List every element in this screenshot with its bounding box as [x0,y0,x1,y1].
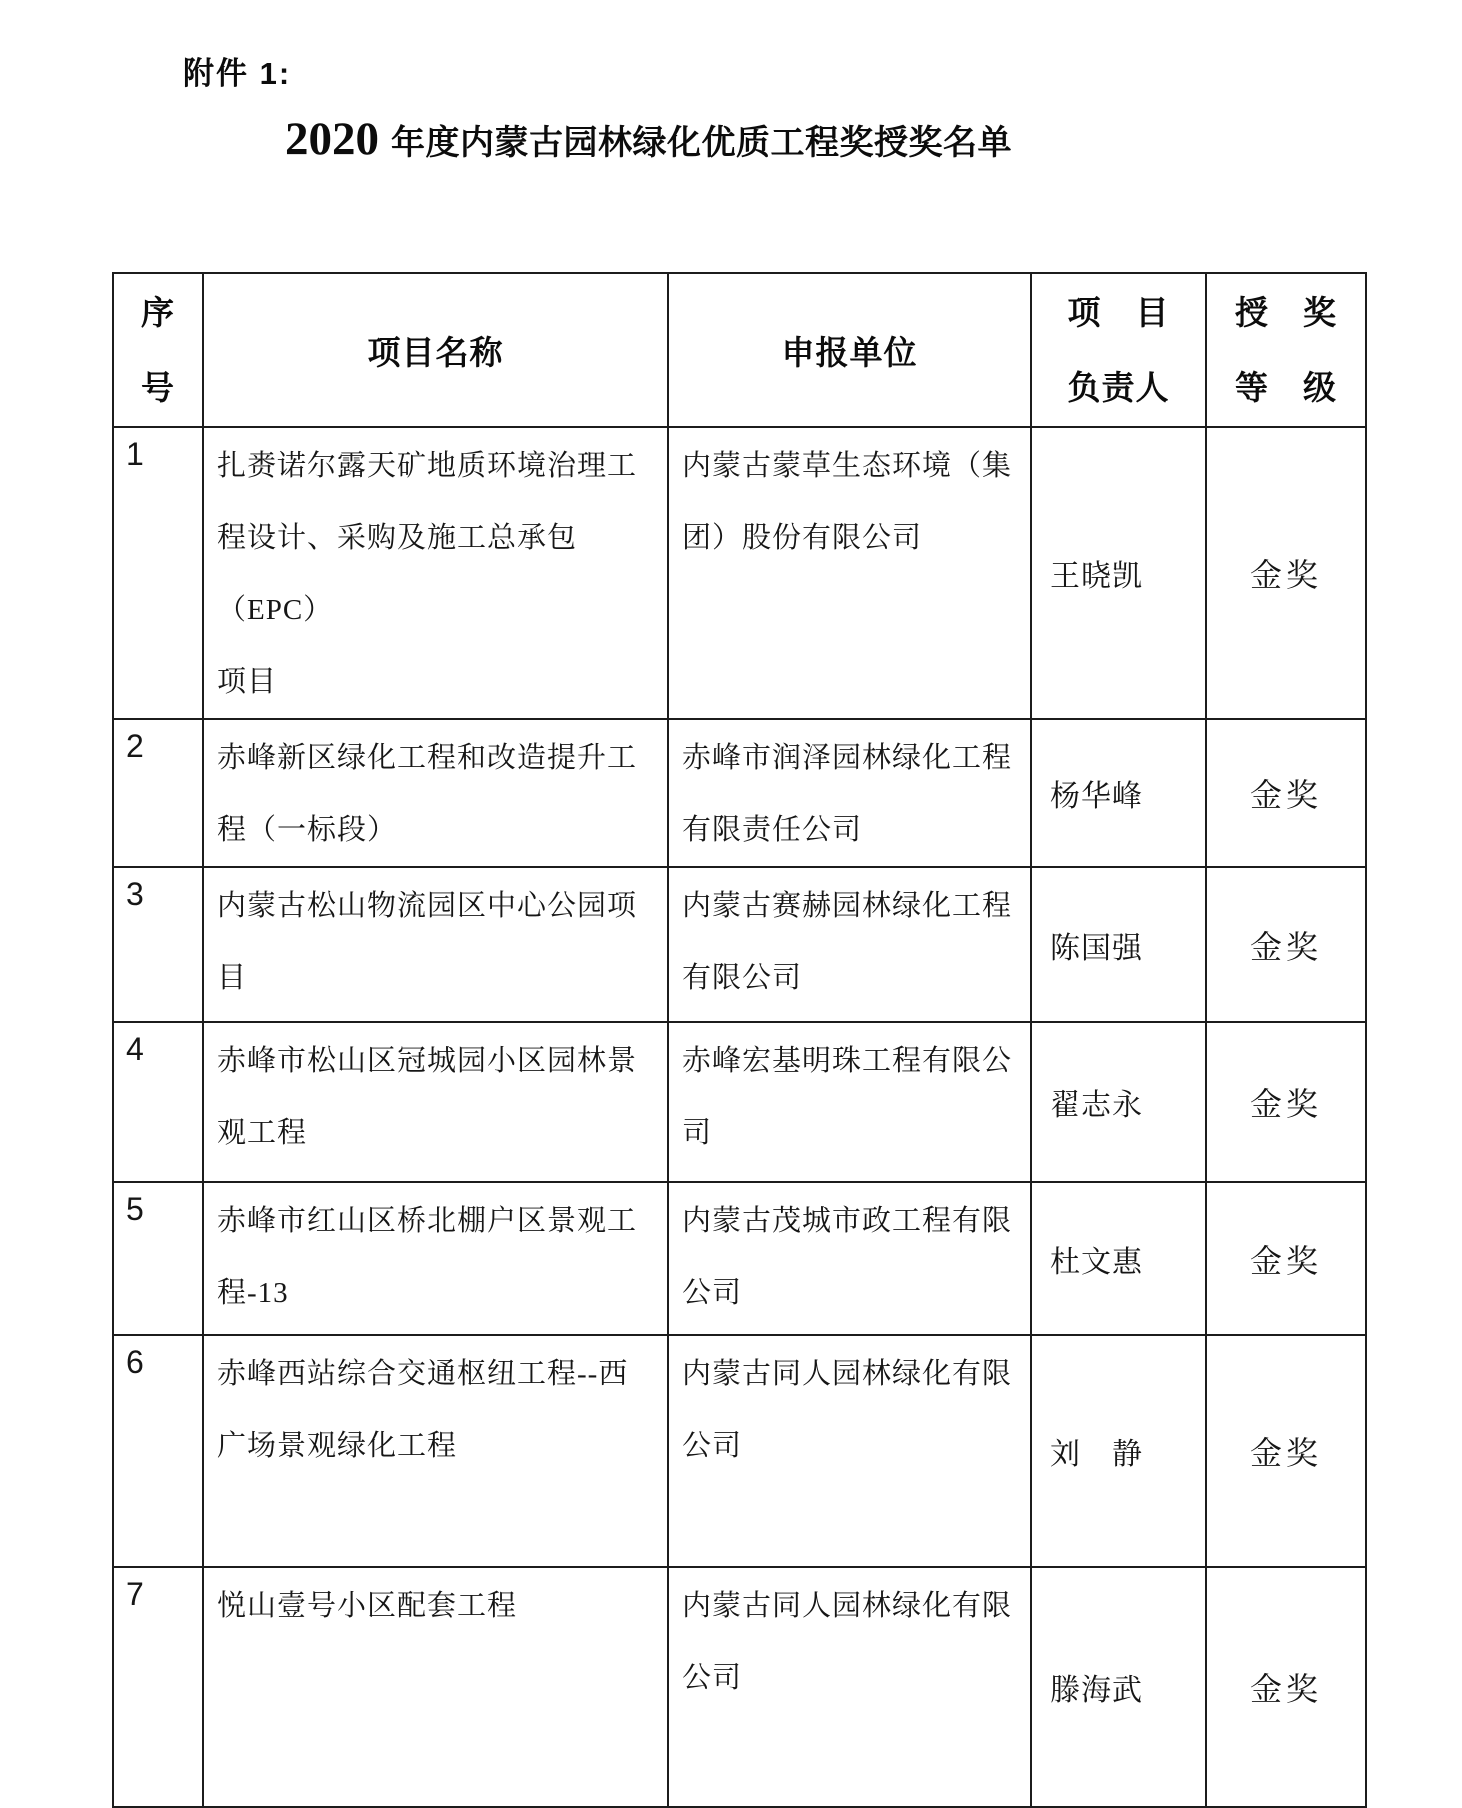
header-applicant-unit: 申报单位 [668,273,1031,427]
award-table: 序 号 项目名称 申报单位 项 目 负责人 授 奖 等 级 1 扎赉诺尔露天矿地… [112,272,1367,1808]
project-name: 赤峰市松山区冠城园小区园林景 观工程 [203,1022,668,1182]
attachment-label: 附件 1: [183,48,291,93]
row-index: 6 [113,1335,203,1567]
applicant-unit: 内蒙古赛赫园林绿化工程 有限公司 [668,867,1031,1022]
table-row: 1 扎赉诺尔露天矿地质环境治理工 程设计、采购及施工总承包（EPC） 项目 内蒙… [113,427,1366,719]
applicant-unit: 赤峰宏基明珠工程有限公 司 [668,1022,1031,1182]
award-level: 金奖 [1206,1022,1366,1182]
row-index: 1 [113,427,203,719]
header-index: 序 号 [113,273,203,427]
award-level: 金奖 [1206,1335,1366,1567]
table-row: 3 内蒙古松山物流园区中心公园项 目 内蒙古赛赫园林绿化工程 有限公司 陈国强 … [113,867,1366,1022]
header-project-leader: 项 目 负责人 [1031,273,1206,427]
project-leader: 刘 静 [1031,1335,1206,1567]
project-leader: 翟志永 [1031,1022,1206,1182]
table-row: 2 赤峰新区绿化工程和改造提升工 程（一标段） 赤峰市润泽园林绿化工程 有限责任… [113,719,1366,867]
row-index: 3 [113,867,203,1022]
applicant-unit: 内蒙古同人园林绿化有限 公司 [668,1567,1031,1807]
project-name: 赤峰市红山区桥北棚户区景观工 程-13 [203,1182,668,1335]
applicant-unit: 赤峰市润泽园林绿化工程 有限责任公司 [668,719,1031,867]
title-year: 2020 [285,112,379,166]
row-index: 7 [113,1567,203,1807]
table-header-row: 序 号 项目名称 申报单位 项 目 负责人 授 奖 等 级 [113,273,1366,427]
row-index: 4 [113,1022,203,1182]
title-text: 年度内蒙古园林绿化优质工程奖授奖名单 [391,115,1012,164]
document-page: { "page": { "attachment_label": "附件 1:",… [0,0,1462,1796]
project-leader: 杨华峰 [1031,719,1206,867]
applicant-unit: 内蒙古蒙草生态环境（集 团）股份有限公司 [668,427,1031,719]
page-title: 2020 年度内蒙古园林绿化优质工程奖授奖名单 [285,112,1012,166]
award-level: 金奖 [1206,427,1366,719]
table-row: 4 赤峰市松山区冠城园小区园林景 观工程 赤峰宏基明珠工程有限公 司 翟志永 金… [113,1022,1366,1182]
header-award-level: 授 奖 等 级 [1206,273,1366,427]
applicant-unit: 内蒙古茂城市政工程有限 公司 [668,1182,1031,1335]
award-level: 金奖 [1206,719,1366,867]
project-name: 赤峰新区绿化工程和改造提升工 程（一标段） [203,719,668,867]
project-name: 扎赉诺尔露天矿地质环境治理工 程设计、采购及施工总承包（EPC） 项目 [203,427,668,719]
project-name: 内蒙古松山物流园区中心公园项 目 [203,867,668,1022]
row-index: 5 [113,1182,203,1335]
project-leader: 滕海武 [1031,1567,1206,1807]
project-leader: 杜文惠 [1031,1182,1206,1335]
applicant-unit: 内蒙古同人园林绿化有限 公司 [668,1335,1031,1567]
project-leader: 陈国强 [1031,867,1206,1022]
row-index: 2 [113,719,203,867]
table-row: 7 悦山壹号小区配套工程 内蒙古同人园林绿化有限 公司 滕海武 金奖 [113,1567,1366,1807]
table-row: 5 赤峰市红山区桥北棚户区景观工 程-13 内蒙古茂城市政工程有限 公司 杜文惠… [113,1182,1366,1335]
header-project-name: 项目名称 [203,273,668,427]
project-name: 赤峰西站综合交通枢纽工程--西 广场景观绿化工程 [203,1335,668,1567]
project-leader: 王晓凯 [1031,427,1206,719]
award-level: 金奖 [1206,867,1366,1022]
award-level: 金奖 [1206,1182,1366,1335]
table-row: 6 赤峰西站综合交通枢纽工程--西 广场景观绿化工程 内蒙古同人园林绿化有限 公… [113,1335,1366,1567]
award-level: 金奖 [1206,1567,1366,1807]
project-name: 悦山壹号小区配套工程 [203,1567,668,1807]
